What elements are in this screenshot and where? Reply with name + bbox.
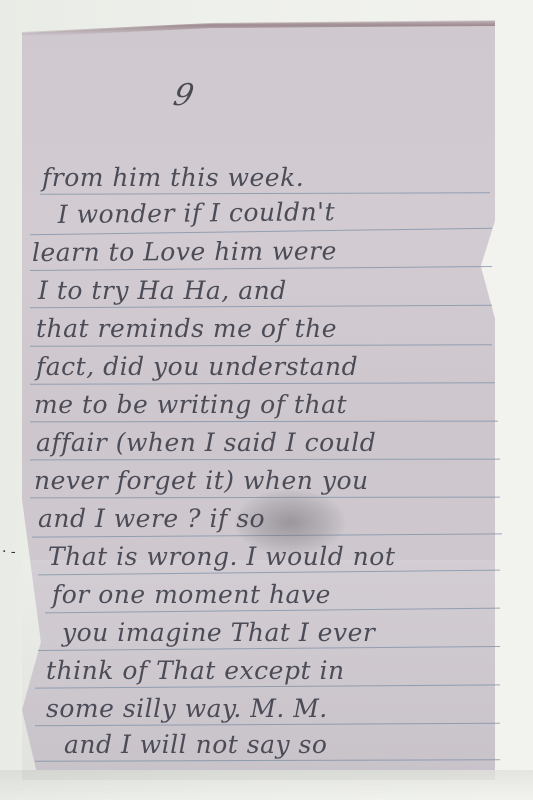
text-line: affair (when I said I could [36, 428, 476, 458]
margin-mark: · - [2, 544, 16, 560]
text-line: I to try Ha Ha, and [38, 276, 478, 306]
text-line: and I were ? if so [38, 504, 478, 534]
text-line: you imagine That I ever [62, 618, 502, 648]
text-line: learn to Love him were [32, 236, 472, 268]
text-line: for one moment have [52, 580, 492, 610]
desk-shadow [0, 770, 533, 800]
text-line: fact, did you understand [36, 352, 476, 382]
text-line: some silly way. M. M. [46, 694, 486, 724]
text-line: never forget it) when you [34, 466, 474, 496]
text-line: and I will not say so [64, 730, 504, 760]
text-line: from him this week. [42, 163, 482, 193]
text-line: That is wrong. I would not [48, 542, 488, 572]
text-line: I wonder if I couldn't [58, 195, 498, 230]
text-line: think of That except in [46, 656, 486, 686]
text-line: me to be writing of that [34, 390, 474, 420]
text-line: that reminds me of the [36, 314, 476, 344]
